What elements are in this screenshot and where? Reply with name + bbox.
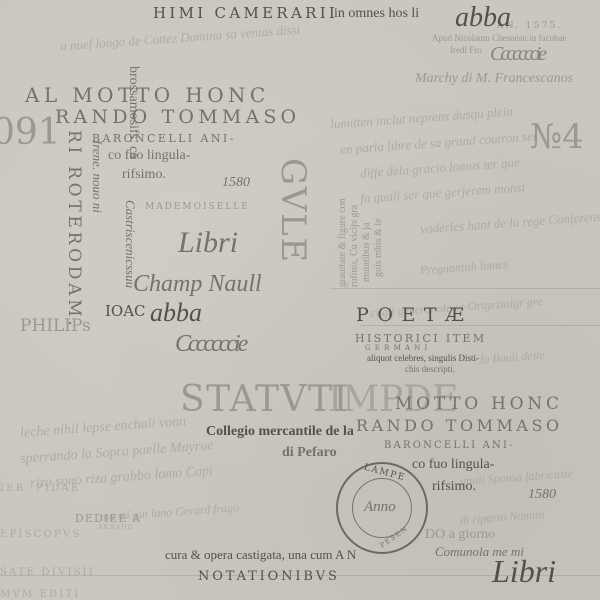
statuti-heading: STATVTI bbox=[180, 382, 349, 418]
poetae-heading: POETÆ bbox=[356, 306, 473, 325]
year-bottom: 1580 bbox=[528, 488, 556, 502]
libri-handwriting: Libri bbox=[178, 228, 238, 258]
gule-text-2: rufinis, Cu vicijs gra bbox=[350, 205, 360, 287]
year-top: 1580 bbox=[222, 176, 250, 190]
handwriting-bg: lo Bauli delle bbox=[480, 348, 546, 367]
stamp-center-text: Anno bbox=[364, 500, 396, 515]
cura-text: cura & opera castigata, una cum A N bbox=[165, 548, 356, 561]
handwriting-bg: sperrando la Sopra paelle Mayrue bbox=[20, 438, 214, 467]
historici-text: HISTORICI ITEM bbox=[355, 333, 487, 344]
agiorno-text: DO a giorno bbox=[425, 528, 495, 542]
gule-vertical: GVLE bbox=[276, 158, 310, 264]
handwriting-bg: leche nihil lepse enchali vonn bbox=[20, 414, 187, 442]
dediee-text: DEDIEE A bbox=[75, 513, 141, 524]
pidae-text: IER. PIDAE bbox=[0, 484, 80, 494]
gule-text-1: grauitate & figure con bbox=[338, 198, 348, 287]
flourish-top: Cccccccie bbox=[490, 44, 544, 64]
baroncelli-bottom: BARONCELLI ANI- bbox=[384, 441, 515, 451]
baroncelli-top: BARONCELLI ANI- bbox=[92, 133, 236, 144]
lampe-stamp: LAMPE Anno PESEN bbox=[336, 462, 428, 554]
pesaro-text: di Pefaro bbox=[282, 446, 337, 460]
gule-text-3: mutatibus & ja bbox=[362, 223, 372, 282]
brossa-vertical: brossamosifs. ca bbox=[126, 66, 140, 159]
libri-bottom-handwriting: Libri bbox=[492, 555, 556, 587]
handwriting-bg: en parla libre de sa grand coutron ser bbox=[340, 128, 539, 158]
fredi-text: fredi Fro bbox=[450, 46, 482, 55]
francis-handwriting: Marchy di M. Francescanos bbox=[415, 72, 573, 86]
roterodam-vertical: RI ROTERODAM. bbox=[65, 130, 82, 329]
rando-tommaso-top: RANDO TOMMASO bbox=[55, 108, 300, 127]
abba-top-handwriting: abba bbox=[455, 4, 511, 32]
arnaud-text: ARNAUD bbox=[98, 525, 134, 531]
collegio-text: Collegio mercantile de la bbox=[206, 425, 354, 439]
rando-tommaso-bottom: RANDO TOMMASO bbox=[356, 418, 563, 434]
notationibus-text: NOTATIONIBVS bbox=[198, 570, 340, 583]
flourish-mid: Cccccccie bbox=[175, 332, 245, 356]
handwriting-bg: a nuef longo de Cottez Domina sa ventas … bbox=[60, 22, 301, 55]
handwriting-bg: vaderles hant de la rege Conferens bbox=[420, 209, 600, 238]
champ-handwriting: Champ Naull bbox=[133, 272, 262, 296]
irene-vertical: Irene. nouo ni bbox=[91, 140, 104, 213]
chis-text: chis descripti. bbox=[405, 365, 455, 374]
handwriting-bg: lumitten inclut neprens dusqu plein bbox=[330, 104, 514, 133]
philip-text: PHILIPs bbox=[20, 318, 91, 335]
handwriting-bg: diffe dela gracio lomus ter que bbox=[360, 154, 521, 181]
risimo-bottom: rifsimo. bbox=[432, 480, 476, 494]
gule-text-4: guis mbis & le bbox=[374, 218, 384, 277]
divisi-text: SATE DIVISII bbox=[0, 568, 95, 578]
in-omnes-text: in omnes hos li bbox=[334, 7, 419, 21]
number-4: №4 bbox=[530, 120, 584, 154]
handwriting-bg: fa quali ser que gerjerem monst bbox=[360, 179, 526, 206]
himi-camerarii: HIMI CAMERARII bbox=[153, 6, 338, 21]
risimo-top: rifsimo. bbox=[122, 168, 166, 182]
handwriting-bg: Pregnantith lomes bbox=[420, 257, 509, 278]
apud-text: Apud Nicolaum Chesneau in Iacobae bbox=[432, 34, 566, 43]
manuscript-collage: a nuef longo de Cottez Domina sa ventas … bbox=[0, 0, 600, 600]
handwriting-bg: di riparto Nomini bbox=[460, 507, 546, 528]
abba-mid-handwriting: abba bbox=[150, 300, 202, 326]
cosuo-top: co fuo lingula- bbox=[108, 149, 190, 163]
episcopus-text: EPISCOPVS bbox=[0, 530, 81, 540]
editi-text: MVM EDITI bbox=[0, 590, 81, 600]
germani-text: GERMANI bbox=[365, 345, 432, 352]
mademoiselle: MADEMOISELLE bbox=[145, 203, 250, 212]
rule-line bbox=[330, 288, 600, 289]
motto-honc-bottom: MOTTO HONC bbox=[395, 396, 563, 413]
ioac-text: IOAC bbox=[105, 304, 146, 319]
number-091: 091 bbox=[0, 115, 61, 151]
cosuo-bottom: co fuo lingula- bbox=[412, 458, 494, 472]
aliquot-text: aliquot celebres, singulis Disti- bbox=[367, 354, 479, 363]
motto-honc-top: AL MOTTO HONC bbox=[25, 85, 270, 105]
